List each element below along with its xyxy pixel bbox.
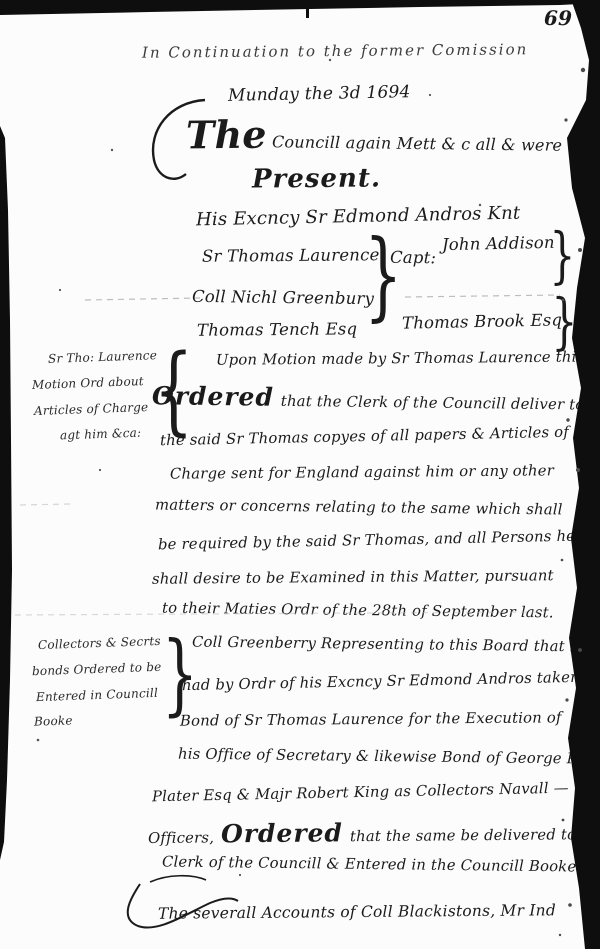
footer-line: The severall Accounts of Coll Blackiston… [158, 903, 556, 922]
attendee-name: Sr Thomas Laurence [202, 247, 380, 265]
body-line: Charge sent for England against him or a… [170, 464, 554, 482]
margin-note-line: Booke [34, 714, 73, 727]
body-line: to their Maties Ordr of the 28th of Sept… [162, 602, 554, 622]
manuscript-page: 69 In Continuation to the former Comissi… [0, 0, 600, 949]
attendee-governor: His Excncy Sr Edmond Andros Knt [196, 205, 521, 230]
brace-right-icon: } [550, 225, 576, 286]
body-line: be required by the said Sr Thomas, and a… [158, 530, 575, 554]
page-number: 69 [544, 8, 572, 28]
session-heading-rest: Councill again Mett & c all & were [272, 134, 562, 154]
pen-flourish-icon [150, 876, 206, 882]
body-line: had by Ordr of his Excncy Sr Edmond Andr… [182, 671, 580, 694]
present-label: Present. [252, 165, 381, 192]
body-line: Bond of Sr Thomas Laurence for the Execu… [180, 711, 562, 729]
body-line: matters or concerns relating to the same… [155, 499, 563, 519]
margin-note-line: Entered in Councill [36, 687, 158, 703]
margin-note-line: bonds Ordered to be [32, 661, 162, 678]
body-line-ordered: Ordered that the Clerk of the Councill d… [152, 383, 600, 414]
body-line-rest: that the same be delivered to the [350, 828, 600, 845]
attendee-name: Thomas Brook Esq [402, 312, 562, 332]
body-line: the said Sr Thomas copyes of all papers … [160, 426, 569, 449]
margin-note-line: Collectors & Secrts [38, 635, 161, 651]
body-line: shall desire to be Examined in this Matt… [152, 569, 554, 587]
margin-note-line: Sr Tho: Laurence [48, 349, 157, 365]
attendee-name: John Addison [442, 235, 555, 254]
scan-edge-right [567, 0, 600, 949]
margin-note-line: agt him &ca: [60, 427, 142, 442]
body-line: his Office of Secretary & likewise Bond … [178, 748, 577, 768]
body-line: Coll Greenberry Representing to this Boa… [192, 636, 589, 656]
brace-right-icon: } [364, 228, 402, 325]
margin-note-line: Articles of Charge [34, 401, 149, 417]
date-line: Munday the 3d 1694 [228, 84, 411, 105]
body-line-ordered: Officers, Ordered that the same be deliv… [148, 818, 600, 847]
header-note: In Continuation to the former Comission [142, 42, 528, 60]
body-line-start: Officers, [148, 831, 214, 846]
margin-note-line: Motion Ord about [32, 375, 144, 391]
attendee-name: Thomas Tench Esq [197, 321, 357, 339]
scan-edge-left [0, 126, 12, 860]
scan-edge-top [0, 0, 600, 15]
ordered-word: Ordered [152, 383, 274, 409]
brace-right-icon: } [552, 291, 578, 352]
ordered-word: Ordered [221, 820, 343, 846]
attendee-name: Coll Nichl Greenbury [192, 289, 374, 308]
scan-edge-top-tick [306, 0, 309, 18]
body-line: Plater Esq & Majr Robert King as Collect… [152, 782, 569, 806]
body-line-rest: that the Clerk of the Councill deliver t… [281, 395, 600, 414]
body-line: Clerk of the Councill & Entered in the C… [162, 855, 581, 875]
session-heading-the: The [186, 116, 267, 155]
body-line: Upon Motion made by Sr Thomas Laurence t… [216, 350, 600, 368]
